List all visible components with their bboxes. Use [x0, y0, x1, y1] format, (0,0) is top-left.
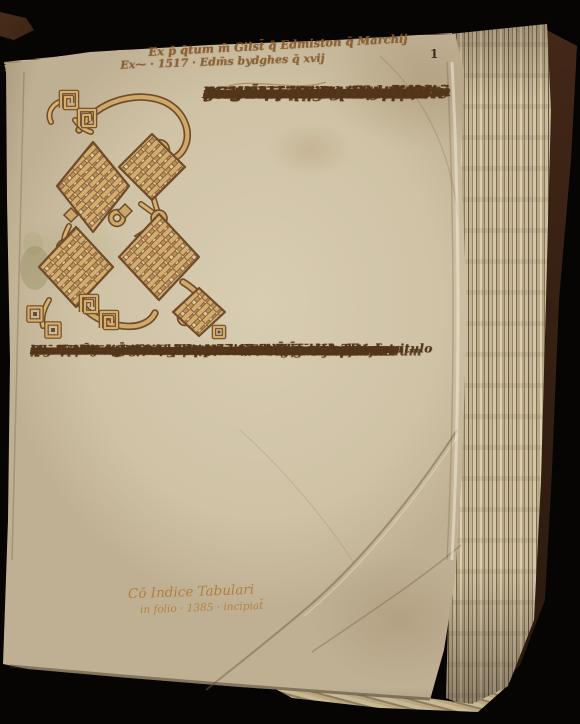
knotwork-initial-drawing [12, 86, 234, 354]
text-block: sita p̄ venerabilem virum Mr̄m Edwardū … [30, 344, 378, 560]
illuminated-initial-R [12, 86, 234, 354]
manuscript-line: suam metropoliticam Ebor̄ ecc̄iam negoci… [30, 344, 388, 358]
manuscript-line: in eadem metropolitica [203, 84, 445, 101]
text-column: Registrum Reverendissi mi in xp̄o pr̄is … [203, 86, 465, 348]
folio-number: 1 [430, 47, 438, 61]
manuscript-photo: Ex p̄ q̄tum m̄ Gilst̄ q̄ Edmiston q̄ Mar… [0, 0, 580, 724]
